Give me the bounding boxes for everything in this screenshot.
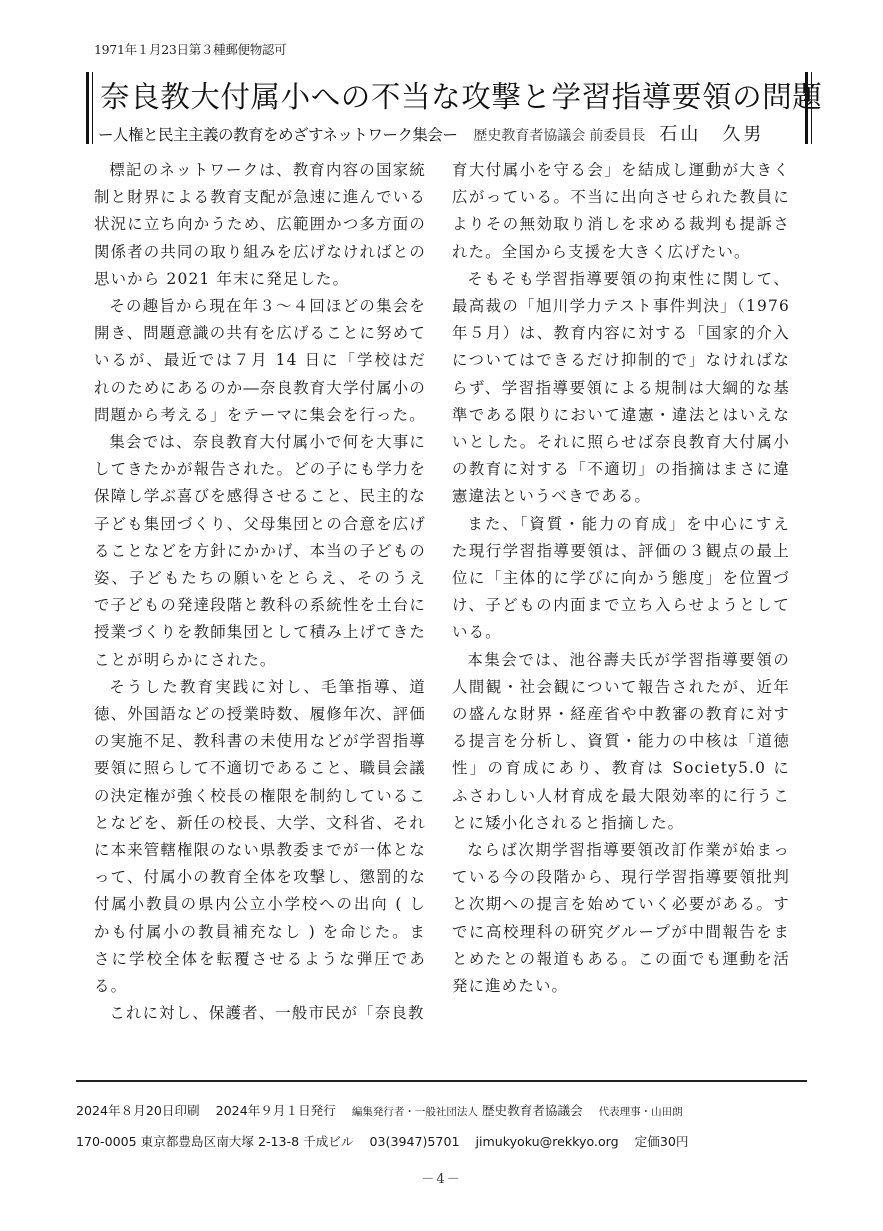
paragraph: また、「資質・能力の育成」を中心にすえた現行学習指導要領は、評価の３観点の最上位… [452,511,790,647]
colophon-divider [76,1080,807,1082]
title-double-rule-right [805,72,812,144]
postal-permit-notice: 1971年１月23日第３種郵便物認可 [94,40,286,58]
author-organization: 歴史教育者協議会 [473,128,585,144]
article-title: 奈良教大付属小への不当な攻撃と学習指導要領の問題 [100,74,822,116]
colophon-line-2: 170-0005 東京都豊島区南大塚 2-13-8 千成ビル 03(3947)5… [76,1131,816,1150]
price: 定価30円 [635,1134,689,1149]
paragraph: これに対し、保護者、一般市民が「奈良教 [94,1000,426,1027]
publish-date: 2024年９月１日発行 [216,1103,336,1118]
paragraph: 標記のネットワークは、教育内容の国家統制と財界による教育支配が急速に進んでいる状… [94,157,426,293]
print-date: 2024年８月20日印刷 [76,1103,200,1118]
publisher-name: 歴史教育者協議会 [482,1103,583,1118]
publisher-address: 170-0005 東京都豊島区南大塚 2-13-8 千成ビル [76,1134,354,1149]
author-role: 前委員長 [589,128,645,144]
paragraph: ならば次期学習指導要領改訂作業が始まっている今の段階から、現行学習指導要領批判と… [452,837,790,1000]
article-title-block: 奈良教大付属小への不当な攻撃と学習指導要領の問題 ー人権と民主主義の教育をめざす… [86,70,812,146]
paragraph: そうした教育実践に対し、毛筆指導、道徳、外国語などの授業時数、履修年次、評価の実… [94,674,426,1000]
article-column-right: 育大付属小を守る会」を結成し運動が大きく広がっている。不当に出向させられた教員に… [452,157,790,1000]
publisher-label: 編集発行者・一般社団法人 [352,1106,478,1118]
publisher-phone: 03(3947)5701 [370,1134,460,1149]
representative: 代表理事・山田朗 [599,1106,683,1118]
title-double-rule-left [86,72,93,144]
author-name: 石山 久男 [659,124,764,145]
paragraph: その趣旨から現在年３～４回ほどの集会を開き、問題意識の共有を広げることに努めてい… [94,293,426,429]
publisher-email: jimukyoku@rekkyo.org [475,1134,618,1149]
page-number: －4－ [0,1168,883,1187]
article-byline: ー人権と民主主義の教育をめざすネットワーク集会ー歴史教育者協議会前委員長石山 久… [98,120,764,146]
paragraph: そもそも学習指導要領の拘束性に関して、最高裁の「旭川学力テスト事件判決」（197… [452,266,790,511]
paragraph-continued: 育大付属小を守る会」を結成し運動が大きく広がっている。不当に出向させられた教員に… [452,157,790,266]
article-column-left: 標記のネットワークは、教育内容の国家統制と財界による教育支配が急速に進んでいる状… [94,157,426,1028]
paragraph: 集会では、奈良教育大付属小で何を大事にしてきたかが報告された。どの子にも学力を保… [94,429,426,674]
colophon-line-1: 2024年８月20日印刷 2024年９月１日発行 編集発行者・一般社団法人 歴史… [76,1100,816,1119]
article-subtitle: ー人権と民主主義の教育をめざすネットワーク集会ー [98,126,457,144]
paragraph: 本集会では、池谷壽夫氏が学習指導要領の人間観・社会観について報告されたが、近年の… [452,647,790,837]
